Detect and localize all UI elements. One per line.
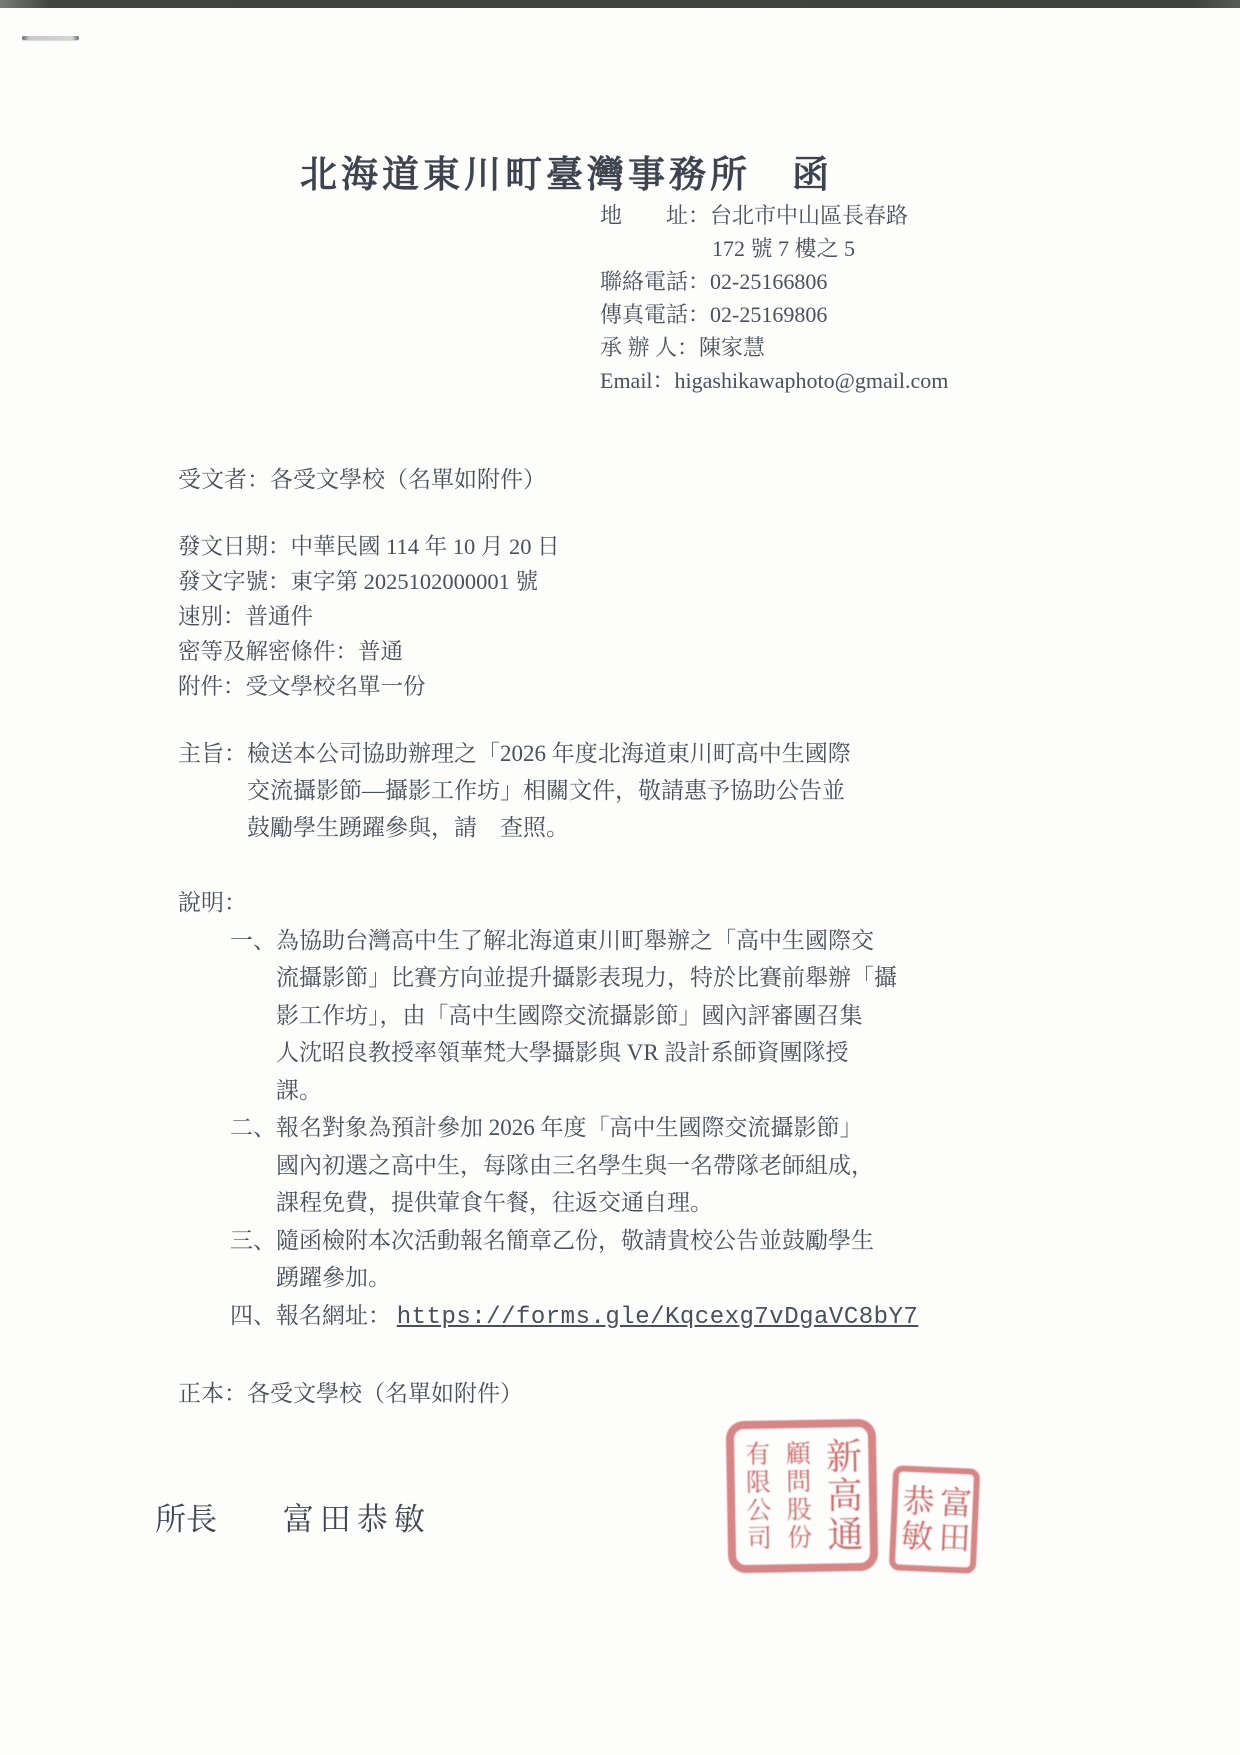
item-line: 報名對象為預計參加 2026 年度「高中生國際交流攝影節」 <box>276 1109 874 1147</box>
reference-number-line: 發文字號：東字第 2025102000001 號 <box>178 564 560 599</box>
contact-person-label: 承 辦 人： <box>600 331 699 364</box>
subject-line: 檢送本公司協助辦理之「2026 年度北海道東川町高中生國際 <box>247 735 851 772</box>
sender-contact-block: 地 址：台北市中山區長春路 172 號 7 樓之 5 聯絡電話：02-25166… <box>600 199 948 397</box>
fax-label: 傳真電話： <box>600 298 710 331</box>
item-text: 報名網址： https://forms.gle/Kqcexg7vDgaVC8bY… <box>276 1297 918 1337</box>
item-line: 流攝影節」比賽方向並提升攝影表現力，特於比賽前舉辦「攝 <box>276 959 897 997</box>
explanation-item-3: 三、 隨函檢附本次活動報名簡章乙份，敬請貴校公告並鼓勵學生 踴躍參加。 <box>230 1222 918 1297</box>
address-value-2: 172 號 7 樓之 5 <box>712 232 855 265</box>
address-value: 台北市中山區長春路 <box>710 199 908 232</box>
security-class-line: 密等及解密條件：普通 <box>178 634 560 669</box>
item-line: 課。 <box>276 1072 897 1110</box>
subject-text: 檢送本公司協助辦理之「2026 年度北海道東川町高中生國際 交流攝影節—攝影工作… <box>247 735 851 846</box>
registration-url-line: 報名網址： https://forms.gle/Kqcexg7vDgaVC8bY… <box>276 1297 918 1337</box>
personal-seal-column: 恭敏 <box>898 1483 933 1554</box>
company-seal-column: 顧問股份 <box>783 1440 810 1552</box>
item-text: 隨函檢附本次活動報名簡章乙份，敬請貴校公告並鼓勵學生 踴躍參加。 <box>276 1222 874 1297</box>
phone-label: 聯絡電話： <box>600 265 710 298</box>
company-seal-column: 有限公司 <box>743 1441 770 1553</box>
document-meta-block: 發文日期：中華民國 114 年 10 月 20 日 發文字號：東字第 20251… <box>178 529 560 704</box>
email-label: Email： <box>600 364 675 397</box>
item-number: 四、 <box>230 1297 276 1337</box>
scanned-letter-page: 北海道東川町臺灣事務所 函 地 址：台北市中山區長春路 172 號 7 樓之 5… <box>0 0 1240 1755</box>
item-line: 人沈昭良教授率領華梵大學攝影與 VR 設計系師資團隊授 <box>276 1034 897 1072</box>
explanation-section: 說明： 一、 為協助台灣高中生了解北海道東川町舉辦之「高中生國際交 流攝影節」比… <box>178 884 918 1336</box>
address-label: 地 址： <box>600 199 710 232</box>
registration-url: https://forms.gle/Kqcexg7vDgaVC8bY7 <box>397 1304 919 1331</box>
phone-value: 02-25166806 <box>710 265 827 298</box>
recipient-line: 受文者：各受文學校（名單如附件） <box>178 461 546 494</box>
item-number: 三、 <box>230 1222 276 1297</box>
item-text: 報名對象為預計參加 2026 年度「高中生國際交流攝影節」 國內初選之高中生，每… <box>276 1109 874 1222</box>
staple-mark <box>22 36 79 40</box>
signer-name: 富田恭敏 <box>283 1502 431 1537</box>
scan-edge-artifact <box>0 0 1240 8</box>
letter-title: 北海道東川町臺灣事務所 函 <box>300 144 833 198</box>
fax-line: 傳真電話：02-25169806 <box>600 298 948 331</box>
attachment-line: 附件：受文學校名單一份 <box>178 669 560 704</box>
personal-seal-stamp: 富田 恭敏 <box>889 1465 980 1574</box>
speed-class-line: 速別：普通件 <box>178 599 560 634</box>
item-number: 二、 <box>230 1109 276 1222</box>
registration-url-label: 報名網址： <box>276 1303 391 1328</box>
contact-person-value: 陳家慧 <box>699 331 765 364</box>
address-line: 地 址：台北市中山區長春路 <box>600 199 948 232</box>
explanation-item-2: 二、 報名對象為預計參加 2026 年度「高中生國際交流攝影節」 國內初選之高中… <box>230 1109 918 1222</box>
subject-line: 鼓勵學生踴躍參與，請 查照。 <box>247 809 851 846</box>
item-text: 為協助台灣高中生了解北海道東川町舉辦之「高中生國際交 流攝影節」比賽方向並提升攝… <box>276 922 897 1110</box>
item-number: 一、 <box>230 922 276 1110</box>
fax-value: 02-25169806 <box>710 298 827 331</box>
company-seal-column: 新高通 <box>823 1436 861 1554</box>
company-seal-stamp: 新高通 顧問股份 有限公司 <box>726 1419 879 1574</box>
explanation-heading: 說明： <box>178 884 918 922</box>
subject-line: 交流攝影節—攝影工作坊」相關文件，敬請惠予協助公告並 <box>247 772 851 809</box>
explanation-item-1: 一、 為協助台灣高中生了解北海道東川町舉辦之「高中生國際交 流攝影節」比賽方向並… <box>230 922 918 1110</box>
item-line: 影工作坊」，由「高中生國際交流攝影節」國內評審團召集 <box>276 997 897 1035</box>
personal-seal-column: 富田 <box>936 1485 971 1556</box>
subject-section: 主旨： 檢送本公司協助辦理之「2026 年度北海道東川町高中生國際 交流攝影節—… <box>178 735 851 846</box>
issue-date-line: 發文日期：中華民國 114 年 10 月 20 日 <box>178 529 560 564</box>
item-line: 隨函檢附本次活動報名簡章乙份，敬請貴校公告並鼓勵學生 <box>276 1222 874 1260</box>
contact-person-line: 承 辦 人：陳家慧 <box>600 331 948 364</box>
explanation-item-4: 四、 報名網址： https://forms.gle/Kqcexg7vDgaVC… <box>230 1297 918 1337</box>
phone-line: 聯絡電話：02-25166806 <box>600 265 948 298</box>
item-line: 課程免費，提供葷食午餐，往返交通自理。 <box>276 1184 874 1222</box>
email-line: Email：higashikawaphoto@gmail.com <box>600 364 948 397</box>
email-value: higashikawaphoto@gmail.com <box>675 364 949 397</box>
address-line-2: 172 號 7 樓之 5 <box>712 232 948 265</box>
subject-label: 主旨： <box>178 735 247 846</box>
original-copy-line: 正本：各受文學校（名單如附件） <box>178 1375 523 1408</box>
signature-line: 所長 富田恭敏 <box>155 1494 431 1539</box>
signer-title: 所長 <box>155 1502 217 1537</box>
item-line: 國內初選之高中生，每隊由三名學生與一名帶隊老師組成， <box>276 1147 874 1185</box>
item-line: 為協助台灣高中生了解北海道東川町舉辦之「高中生國際交 <box>276 922 897 960</box>
item-line: 踴躍參加。 <box>276 1259 874 1297</box>
